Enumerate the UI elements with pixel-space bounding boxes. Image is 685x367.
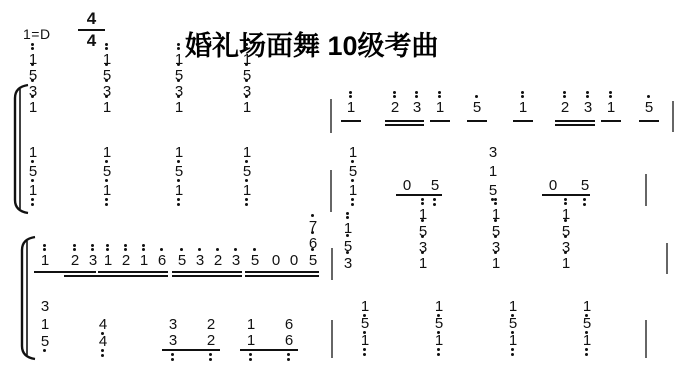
note: 5 xyxy=(248,253,262,268)
note: 2 xyxy=(211,253,225,268)
octave-dot-above xyxy=(245,43,248,46)
octave-dot-above xyxy=(106,244,109,247)
duration-beam xyxy=(555,124,595,126)
duration-beam xyxy=(172,271,242,273)
note: 1 xyxy=(489,256,503,271)
note: 5 xyxy=(428,178,442,193)
note: 5 xyxy=(642,100,656,115)
octave-dot-above xyxy=(245,63,248,66)
note: 1 xyxy=(604,100,618,115)
note: 5 xyxy=(100,164,114,179)
note: 3 xyxy=(166,333,180,348)
duration-beam xyxy=(555,120,595,122)
note: 1 xyxy=(432,299,446,314)
note: 1 xyxy=(100,183,114,198)
note: 2 xyxy=(204,333,218,348)
duration-beam xyxy=(385,120,424,122)
octave-dot-above xyxy=(91,244,94,247)
octave-dot-below xyxy=(101,354,104,357)
note: 7 xyxy=(306,219,320,234)
note: 1 xyxy=(344,100,358,115)
note: 1 xyxy=(358,333,372,348)
note: 0 xyxy=(287,253,301,268)
duration-beam xyxy=(98,271,168,273)
octave-dot-above xyxy=(346,234,349,237)
octave-dot-above xyxy=(421,202,424,205)
octave-dot-above xyxy=(438,95,441,98)
note: 1 xyxy=(358,299,372,314)
note: 3 xyxy=(193,253,207,268)
note: 1 xyxy=(240,145,254,160)
octave-dot-above xyxy=(564,251,567,254)
octave-dot-above xyxy=(494,198,497,201)
duration-beam xyxy=(162,349,220,351)
octave-dot-above xyxy=(180,248,183,251)
octave-dot-above xyxy=(421,198,424,201)
system-brace xyxy=(16,235,40,366)
octave-dot-above xyxy=(475,95,478,98)
note: 1 xyxy=(100,145,114,160)
octave-dot-above xyxy=(31,47,34,50)
note: 5 xyxy=(486,183,500,198)
note: 1 xyxy=(240,183,254,198)
note: 2 xyxy=(68,253,82,268)
note: 1 xyxy=(506,333,520,348)
duration-beam xyxy=(34,271,96,273)
octave-dot-above xyxy=(494,251,497,254)
note: 1 xyxy=(38,253,52,268)
note: 0 xyxy=(269,253,283,268)
octave-dot-above xyxy=(124,244,127,247)
note: 3 xyxy=(86,253,100,268)
duration-beam xyxy=(245,275,319,277)
note: 5 xyxy=(172,164,186,179)
note: 4 xyxy=(96,317,110,332)
note: 1 xyxy=(244,317,258,332)
note: 2 xyxy=(204,317,218,332)
octave-dot-above xyxy=(521,91,524,94)
barline xyxy=(331,320,333,358)
octave-dot-above xyxy=(346,212,349,215)
duration-beam xyxy=(513,120,533,122)
note: 5 xyxy=(175,253,189,268)
note: 5 xyxy=(346,164,360,179)
note: 5 xyxy=(38,334,52,349)
note: 1 xyxy=(100,100,114,115)
octave-dot-above xyxy=(177,43,180,46)
note: 6 xyxy=(155,253,169,268)
octave-dot-above xyxy=(563,95,566,98)
octave-dot-below xyxy=(171,358,174,361)
note: 5 xyxy=(506,316,520,331)
octave-dot-above xyxy=(245,95,248,98)
octave-dot-above xyxy=(494,202,497,205)
note: 4 xyxy=(96,334,110,349)
barline xyxy=(672,101,674,132)
octave-dot-below xyxy=(249,353,252,356)
note: 1 xyxy=(346,183,360,198)
barline xyxy=(331,248,333,280)
note: 6 xyxy=(306,236,320,251)
octave-dot-below xyxy=(351,198,354,201)
octave-dot-above xyxy=(43,244,46,247)
octave-dot-above xyxy=(73,244,76,247)
duration-beam xyxy=(98,275,168,277)
octave-dot-above xyxy=(43,248,46,251)
octave-dot-below xyxy=(433,198,436,201)
barline xyxy=(645,174,647,206)
note: 0 xyxy=(400,178,414,193)
octave-dot-below xyxy=(583,203,586,206)
barline xyxy=(645,320,647,358)
octave-dot-above xyxy=(105,79,108,82)
octave-dot-above xyxy=(609,91,612,94)
octave-dot-above xyxy=(311,214,314,217)
octave-dot-below xyxy=(105,203,108,206)
note: 2 xyxy=(119,253,133,268)
note: 5 xyxy=(580,316,594,331)
barline xyxy=(666,243,668,274)
octave-dot-above xyxy=(521,95,524,98)
octave-dot-above xyxy=(31,43,34,46)
octave-dot-below xyxy=(511,348,514,351)
octave-dot-below xyxy=(105,198,108,201)
octave-dot-below xyxy=(287,358,290,361)
note: 1 xyxy=(240,100,254,115)
duration-beam xyxy=(396,194,442,196)
octave-dot-below xyxy=(511,353,514,356)
sheet-music-page: 1=D 4 4 婚礼场面舞 10级考曲 15311531153115311231… xyxy=(0,0,685,367)
note: 5 xyxy=(470,100,484,115)
octave-dot-below xyxy=(433,203,436,206)
note: 1 xyxy=(416,256,430,271)
octave-dot-above xyxy=(421,251,424,254)
note: 5 xyxy=(578,178,592,193)
octave-dot-above xyxy=(31,79,34,82)
note: 1 xyxy=(172,100,186,115)
note: 2 xyxy=(558,100,572,115)
octave-dot-above xyxy=(415,95,418,98)
note: 6 xyxy=(282,333,296,348)
note: 3 xyxy=(166,317,180,332)
octave-dot-above xyxy=(349,95,352,98)
octave-dot-above xyxy=(346,251,349,254)
note: 1 xyxy=(516,100,530,115)
octave-dot-below xyxy=(177,198,180,201)
octave-dot-below xyxy=(363,353,366,356)
octave-dot-above xyxy=(106,248,109,251)
octave-dot-below xyxy=(437,348,440,351)
octave-dot-below xyxy=(245,203,248,206)
note: 5 xyxy=(358,316,372,331)
note: 1 xyxy=(101,253,115,268)
octave-dot-above xyxy=(494,219,497,222)
duration-beam xyxy=(64,275,98,277)
octave-dot-above xyxy=(438,91,441,94)
note: 1 xyxy=(506,299,520,314)
note: 3 xyxy=(410,100,424,115)
octave-dot-above xyxy=(91,248,94,251)
octave-dot-above xyxy=(198,248,201,251)
octave-dot-above xyxy=(177,63,180,66)
octave-dot-above xyxy=(142,244,145,247)
note: 1 xyxy=(580,299,594,314)
octave-dot-above xyxy=(393,91,396,94)
octave-dot-above xyxy=(234,248,237,251)
barline xyxy=(330,99,332,133)
octave-dot-below xyxy=(171,353,174,356)
octave-dot-above xyxy=(160,248,163,251)
octave-dot-above xyxy=(563,91,566,94)
note: 5 xyxy=(240,164,254,179)
note: 1 xyxy=(137,253,151,268)
note: 3 xyxy=(341,256,355,271)
note: 5 xyxy=(306,253,320,268)
note: 2 xyxy=(388,100,402,115)
octave-dot-above xyxy=(177,95,180,98)
octave-dot-above xyxy=(177,47,180,50)
duration-beam xyxy=(430,120,450,122)
octave-dot-above xyxy=(415,91,418,94)
octave-dot-below xyxy=(43,349,46,352)
note: 3 xyxy=(38,299,52,314)
note: 1 xyxy=(432,333,446,348)
octave-dot-above xyxy=(105,47,108,50)
duration-beam xyxy=(601,120,621,122)
octave-dot-above xyxy=(349,91,352,94)
note: 1 xyxy=(433,100,447,115)
duration-beam xyxy=(639,120,659,122)
octave-dot-below xyxy=(249,358,252,361)
octave-dot-below xyxy=(209,353,212,356)
octave-dot-above xyxy=(245,79,248,82)
octave-dot-below xyxy=(351,203,354,206)
octave-dot-below xyxy=(209,358,212,361)
note: 1 xyxy=(559,256,573,271)
octave-dot-above xyxy=(177,79,180,82)
octave-dot-above xyxy=(564,219,567,222)
octave-dot-above xyxy=(142,248,145,251)
duration-beam xyxy=(385,124,424,126)
octave-dot-below xyxy=(437,353,440,356)
octave-dot-above xyxy=(647,95,650,98)
octave-dot-above xyxy=(421,235,424,238)
duration-beam xyxy=(467,120,487,122)
note: 1 xyxy=(346,145,360,160)
note: 3 xyxy=(229,253,243,268)
note: 1 xyxy=(244,333,258,348)
duration-beam xyxy=(245,271,319,273)
octave-dot-above xyxy=(31,63,34,66)
octave-dot-below xyxy=(177,203,180,206)
octave-dot-above xyxy=(421,219,424,222)
octave-dot-above xyxy=(564,235,567,238)
octave-dot-below xyxy=(585,348,588,351)
note: 6 xyxy=(282,317,296,332)
octave-dot-below xyxy=(585,353,588,356)
octave-dot-above xyxy=(105,63,108,66)
score-notation: 1531153115311531123151231515115115115115… xyxy=(0,0,685,367)
octave-dot-above xyxy=(494,235,497,238)
octave-dot-above xyxy=(346,216,349,219)
octave-dot-above xyxy=(253,248,256,251)
octave-dot-above xyxy=(245,47,248,50)
note: 1 xyxy=(172,145,186,160)
duration-beam xyxy=(542,194,590,196)
octave-dot-above xyxy=(73,248,76,251)
note: 1 xyxy=(38,317,52,332)
duration-beam xyxy=(172,275,242,277)
note: 1 xyxy=(486,164,500,179)
note: 1 xyxy=(172,183,186,198)
duration-beam xyxy=(240,349,298,351)
note: 5 xyxy=(432,316,446,331)
octave-dot-below xyxy=(583,198,586,201)
note: 3 xyxy=(486,145,500,160)
barline xyxy=(330,170,332,212)
octave-dot-below xyxy=(245,198,248,201)
note: 3 xyxy=(581,100,595,115)
octave-dot-above xyxy=(105,95,108,98)
system-brace xyxy=(9,83,33,220)
octave-dot-above xyxy=(609,95,612,98)
duration-beam xyxy=(341,120,361,122)
octave-dot-above xyxy=(124,248,127,251)
octave-dot-above xyxy=(105,43,108,46)
octave-dot-above xyxy=(216,248,219,251)
note: 0 xyxy=(546,178,560,193)
octave-dot-above xyxy=(586,91,589,94)
octave-dot-above xyxy=(393,95,396,98)
octave-dot-below xyxy=(363,348,366,351)
octave-dot-above xyxy=(586,95,589,98)
note: 1 xyxy=(580,333,594,348)
octave-dot-above xyxy=(564,202,567,205)
octave-dot-below xyxy=(101,349,104,352)
octave-dot-above xyxy=(564,198,567,201)
octave-dot-below xyxy=(287,353,290,356)
